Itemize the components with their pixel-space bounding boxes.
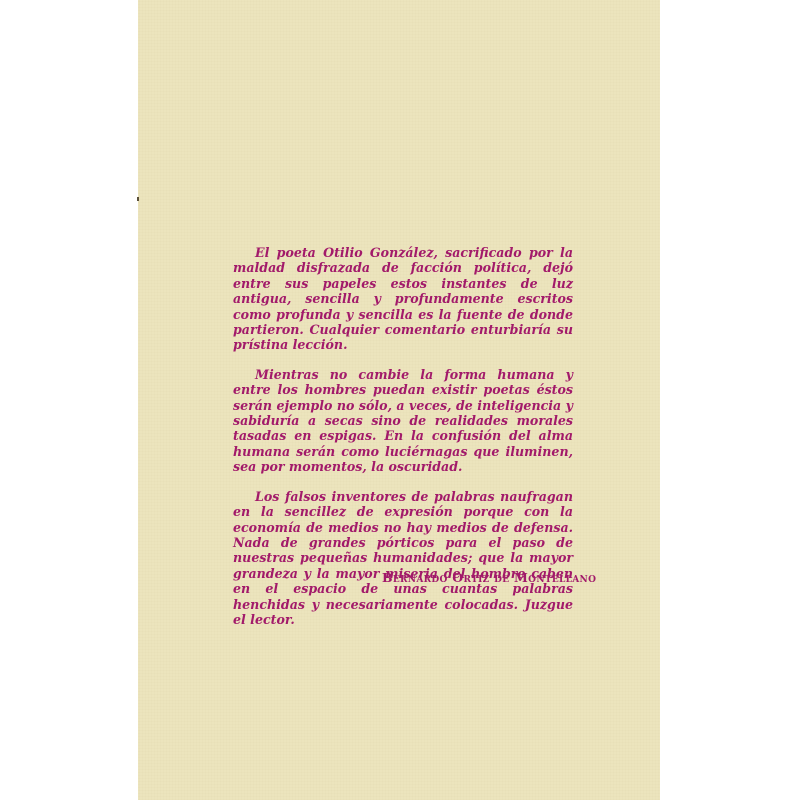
paragraph-3: Los falsos inventores de palabras naufra… <box>233 489 573 628</box>
paragraph-2: Mientras no cambie la forma humana y ent… <box>233 367 573 475</box>
author-signature: Bernardo Ortiz de Montellano <box>382 570 596 585</box>
page-blemish <box>137 197 139 201</box>
paragraph-1: El poeta Otilio González, sacrificado po… <box>233 245 573 353</box>
